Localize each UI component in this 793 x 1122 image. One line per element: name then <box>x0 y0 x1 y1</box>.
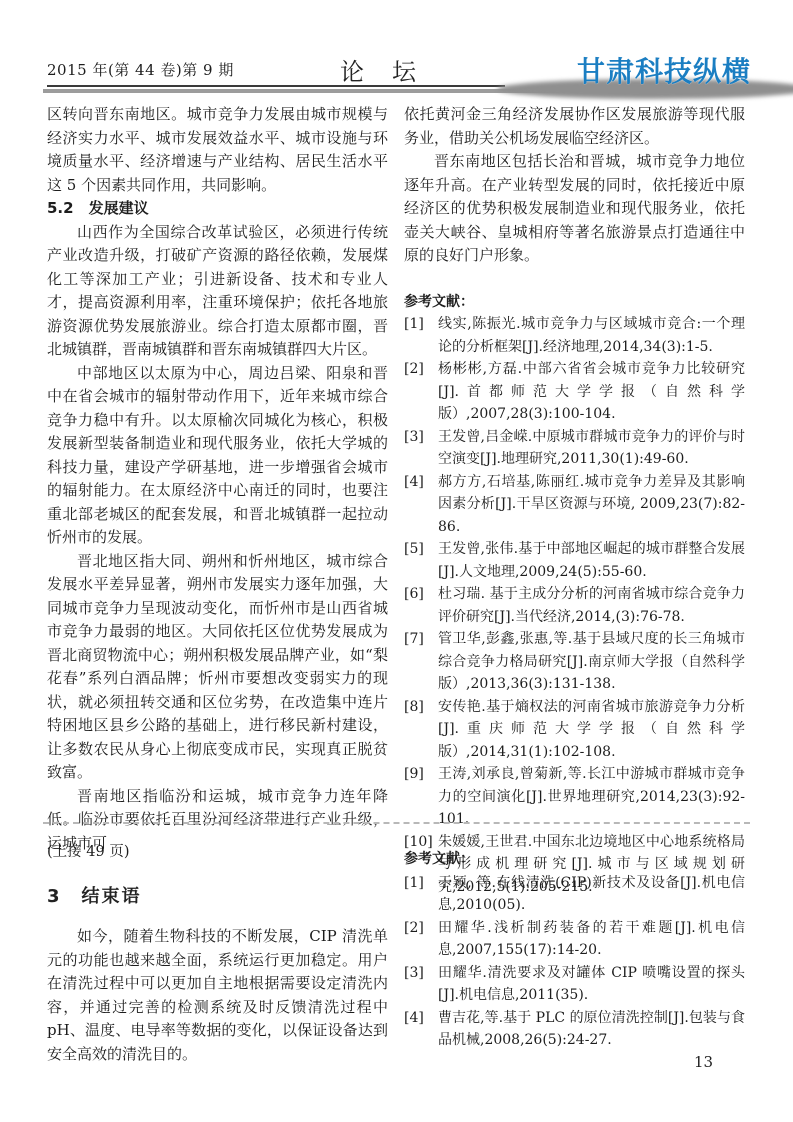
reference-item: [6]杜习瑞. 基于主成分分析的河南省城市综合竞争力评价研究[J].当代经济,2… <box>404 583 745 628</box>
references-heading: 参考文献： <box>404 291 745 314</box>
journal-name: 甘肃科技纵横 <box>521 50 751 90</box>
reference-text: 安传艳.基于熵权法的河南省城市旅游竞争力分析[J].重庆师范大学学报（自然科学版… <box>438 696 745 764</box>
reference-number: [5] <box>404 538 438 583</box>
reference-number: [4] <box>404 1007 438 1052</box>
article1-paragraph-continuation: 区转向晋东南地区。城市竞争力发展由城市规模与经济实力水平、城市发展效益水平、城市… <box>47 103 388 197</box>
reference-number: [3] <box>404 426 438 471</box>
reference-text: 管卫华,彭鑫,张惠,等.基于县域尺度的长三角城市综合竞争力格局研究[J].南京师… <box>438 628 745 696</box>
article1-paragraph: 晋北地区指大同、朔州和忻州地区，城市综合发展水平差异显著，朔州市发展实力逐年加强… <box>47 550 388 785</box>
reference-number: [2] <box>404 358 438 426</box>
article1-paragraph: 晋东南地区包括长治和晋城，城市竞争力地位逐年升高。在产业转型发展的同时，依托接近… <box>404 150 745 268</box>
page-number: 13 <box>694 1053 713 1071</box>
reference-text: 曹吉花,等.基于 PLC 的原位清洗控制[J].包装与食品机械,2008,26(… <box>438 1007 745 1052</box>
reference-item: [5]王发曾,张伟.基于中部地区崛起的城市群整合发展[J].人文地理,2009,… <box>404 538 745 583</box>
reference-text: 杨彬彬,方磊.中部六省省会城市竞争力比较研究[J].首都师范大学学报（自然科学版… <box>438 358 745 426</box>
references-heading: 参考文献： <box>404 848 745 871</box>
reference-text: 王发曾,吕金嵘.中原城市群城市竞争力的评价与时空演变[J].地理研究,2011,… <box>438 426 745 471</box>
reference-number: [1] <box>404 313 438 358</box>
reference-text: 王发曾,张伟.基于中部地区崛起的城市群整合发展[J].人文地理,2009,24(… <box>438 538 745 583</box>
journal-page: 2015 年(第 44 卷)第 9 期 论 坛 甘肃科技纵横 区转向晋东南地区。… <box>0 0 793 1122</box>
reference-item: [8]安传艳.基于熵权法的河南省城市旅游竞争力分析[J].重庆师范大学学报（自然… <box>404 696 745 764</box>
reference-number: [6] <box>404 583 438 628</box>
article2-left-column: (上接 49 页) 3 结束语 如今，随着生物科技的不断发展，CIP 清洗单元的… <box>47 840 388 1081</box>
reference-item: [2]杨彬彬,方磊.中部六省省会城市竞争力比较研究[J].首都师范大学学报（自然… <box>404 358 745 426</box>
article1-reference-list: 参考文献： [1]线实,陈振光.城市竞争力与区域城市竞合:一个理论的分析框架[J… <box>404 291 745 899</box>
reference-number: [1] <box>404 872 438 917</box>
reference-number: [4] <box>404 471 438 539</box>
header-issue-info: 2015 年(第 44 卷)第 9 期 <box>47 59 234 80</box>
reference-number: [7] <box>404 628 438 696</box>
article1-left-column: 区转向晋东南地区。城市竞争力发展由城市规模与经济实力水平、城市发展效益水平、城市… <box>47 103 388 855</box>
reference-item: [2]田耀华.浅析制药装备的若干难题[J].机电信息,2007,155(17):… <box>404 917 745 962</box>
reference-text: 线实,陈振光.城市竞争力与区域城市竞合:一个理论的分析框架[J].经济地理,20… <box>438 313 745 358</box>
article2-paragraph: 如今，随着生物科技的不断发展，CIP 清洗单元的功能也越来越全面，系统运行更加稳… <box>47 925 388 1066</box>
article1-paragraph-continuation: 依托黄河金三角经济发展协作区发展旅游等现代服务业，借助关公机场发展临空经济区。 <box>404 103 745 150</box>
reference-number: [2] <box>404 917 438 962</box>
reference-number: [9] <box>404 763 438 831</box>
header-section-title: 论 坛 <box>340 52 418 87</box>
reference-text: 田耀华.浅析制药装备的若干难题[J].机电信息,2007,155(17):14-… <box>438 917 745 962</box>
article1-right-column: 依托黄河金三角经济发展协作区发展旅游等现代服务业，借助关公机场发展临空经济区。 … <box>404 103 745 898</box>
reference-item: [4]郝方方,石培基,陈丽红.城市竞争力差异及其影响因素分析[J].干旱区资源与… <box>404 471 745 539</box>
header-rule-thin <box>47 85 505 87</box>
article1-paragraph: 山西作为全国综合改革试验区，必须进行传统产业改造升级，打破矿产资源的路径依赖，发… <box>47 221 388 362</box>
article2-heading-conclusion: 3 结束语 <box>47 882 388 908</box>
article1-paragraph: 中部地区以太原为中心，周边吕梁、阳泉和晋中在省会城市的辐射带动作用下，近年来城市… <box>47 362 388 550</box>
reference-item: [3]王发曾,吕金嵘.中原城市群城市竞争力的评价与时空演变[J].地理研究,20… <box>404 426 745 471</box>
reference-item: [7]管卫华,彭鑫,张惠,等.基于县域尺度的长三角城市综合竞争力格局研究[J].… <box>404 628 745 696</box>
reference-text: 于颖, 等.在线清洗(CIP)新技术及设备[J].机电信息,2010(05). <box>438 872 745 917</box>
reference-number: [3] <box>404 962 438 1007</box>
reference-item: [4]曹吉花,等.基于 PLC 的原位清洗控制[J].包装与食品机械,2008,… <box>404 1007 745 1052</box>
reference-item: [1]线实,陈振光.城市竞争力与区域城市竞合:一个理论的分析框架[J].经济地理… <box>404 313 745 358</box>
reference-item: [1]于颖, 等.在线清洗(CIP)新技术及设备[J].机电信息,2010(05… <box>404 872 745 917</box>
article-divider-dashed <box>43 822 750 824</box>
reference-text: 郝方方,石培基,陈丽红.城市竞争力差异及其影响因素分析[J].干旱区资源与环境,… <box>438 471 745 539</box>
reference-text: 王涛,刘承良,曾菊新,等.长江中游城市群城市竞争力的空间演化[J].世界地理研究… <box>438 763 745 831</box>
reference-number: [8] <box>404 696 438 764</box>
article1-heading-5-2: 5.2 发展建议 <box>47 197 388 221</box>
journal-masthead: 甘肃科技纵横 <box>521 50 751 102</box>
reference-text: 田耀华.清洗要求及对罐体 CIP 喷嘴设置的探头[J].机电信息,2011(35… <box>438 962 745 1007</box>
reference-item: [3]田耀华.清洗要求及对罐体 CIP 喷嘴设置的探头[J].机电信息,2011… <box>404 962 745 1007</box>
reference-text: 杜习瑞. 基于主成分分析的河南省城市综合竞争力评价研究[J].当代经济,2014… <box>438 583 745 628</box>
article2-right-column: 参考文献： [1]于颖, 等.在线清洗(CIP)新技术及设备[J].机电信息,2… <box>404 848 745 1052</box>
reference-item: [9]王涛,刘承良,曾菊新,等.长江中游城市群城市竞争力的空间演化[J].世界地… <box>404 763 745 831</box>
continued-from-note: (上接 49 页) <box>47 840 388 861</box>
